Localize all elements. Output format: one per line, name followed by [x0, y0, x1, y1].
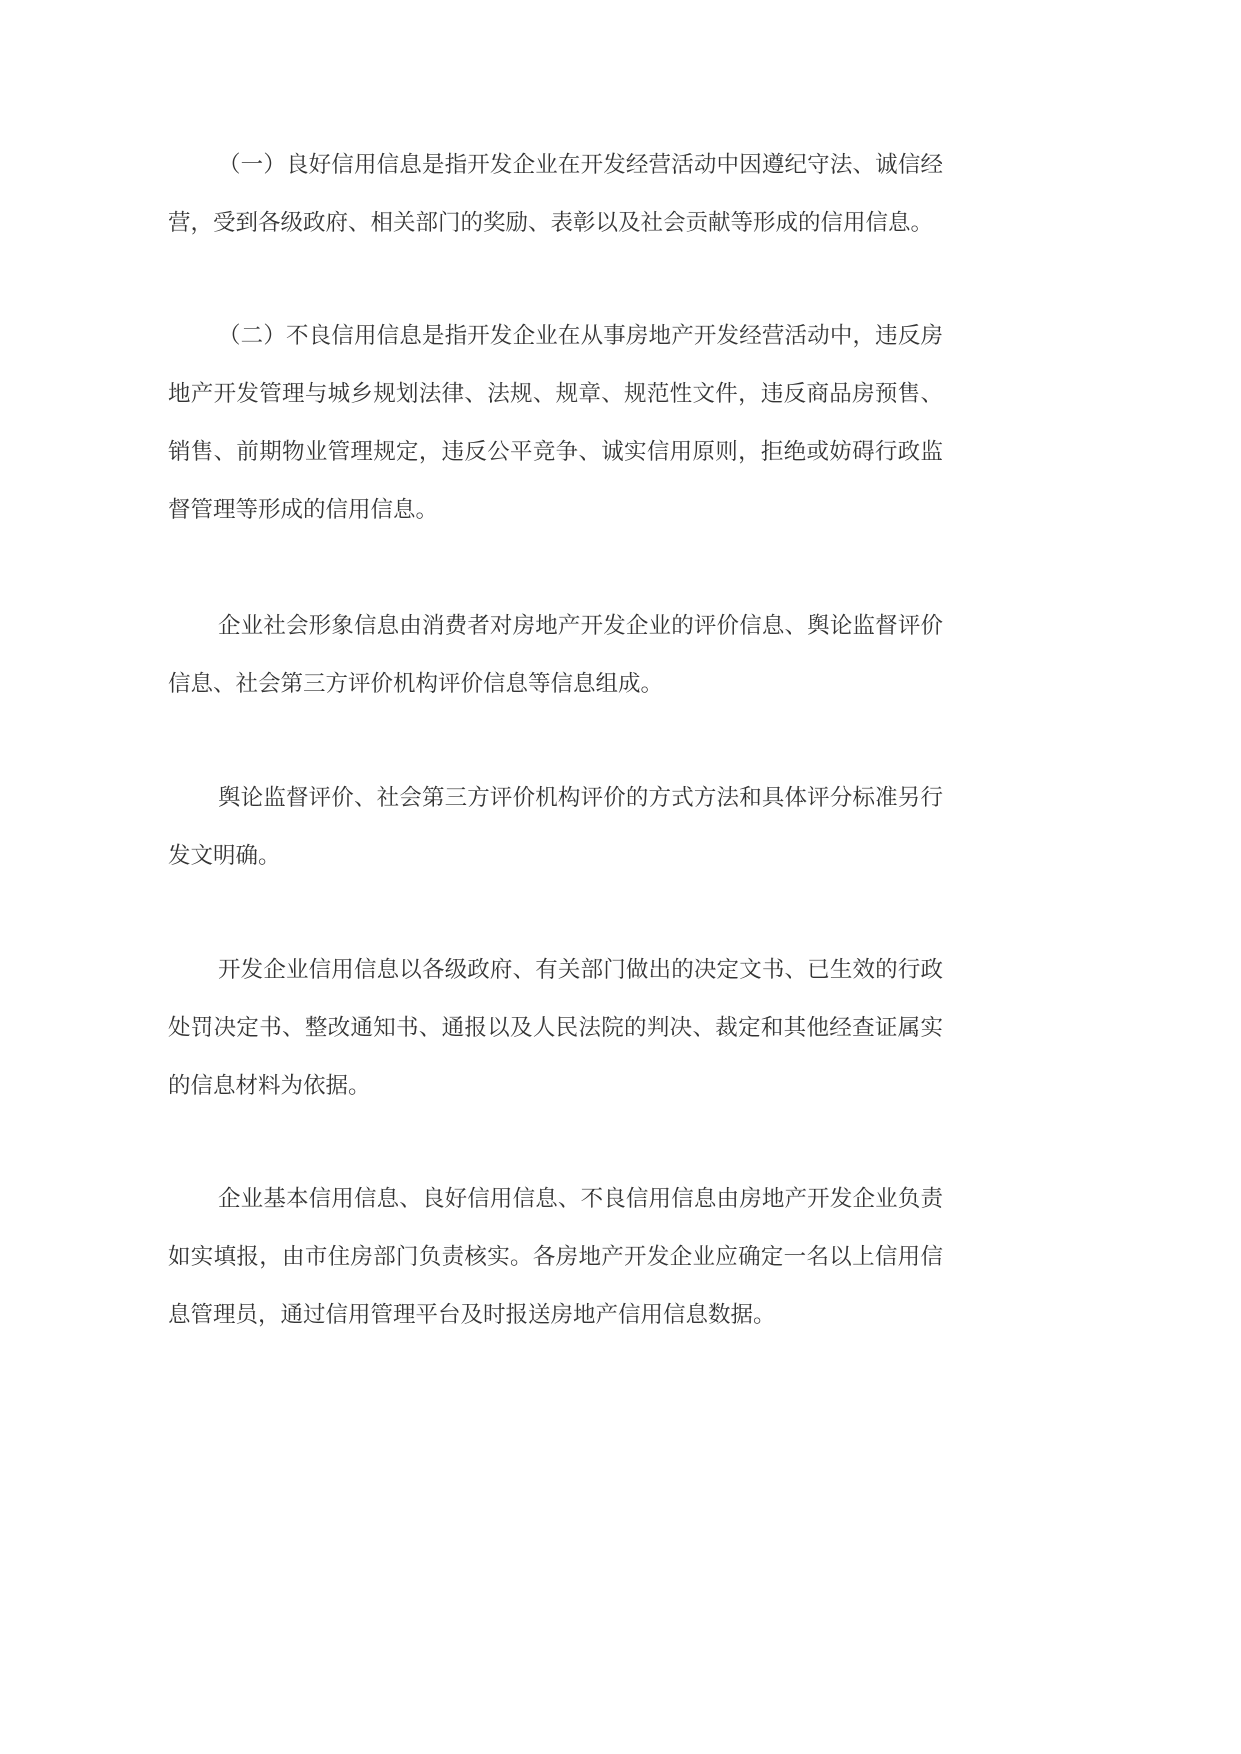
paragraph-social-image-info: 企业社会形象信息由消费者对房地产开发企业的评价信息、舆论监督评价信息、社会第三方… — [168, 597, 943, 713]
paragraph-info-basis: 开发企业信用信息以各级政府、有关部门做出的决定文书、已生效的行政处罚决定书、整改… — [168, 941, 943, 1115]
paragraph-reporting-duty: 企业基本信用信息、良好信用信息、不良信用信息由房地产开发企业负责如实填报，由市住… — [168, 1170, 943, 1344]
paragraph-bad-credit-info: （二）不良信用信息是指开发企业在从事房地产开发经营活动中，违反房地产开发管理与城… — [168, 307, 943, 539]
paragraph-evaluation-method: 舆论监督评价、社会第三方评价机构评价的方式方法和具体评分标准另行发文明确。 — [168, 769, 943, 885]
paragraph-good-credit-info: （一）良好信用信息是指开发企业在开发经营活动中因遵纪守法、诚信经营，受到各级政府… — [168, 136, 943, 252]
